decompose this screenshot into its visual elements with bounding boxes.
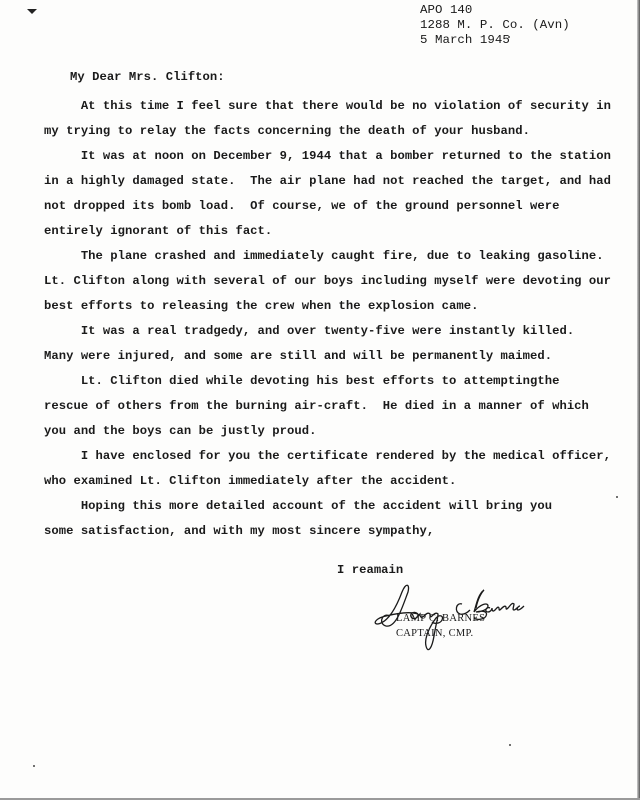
- body-line: At this time I feel sure that there woul…: [44, 99, 611, 113]
- closing: I reamain: [337, 563, 403, 577]
- body-line: in a highly damaged state. The air plane…: [44, 174, 611, 188]
- body-line: entirely ignorant of this fact.: [44, 224, 272, 238]
- body-line: who examined Lt. Clifton immediately aft…: [44, 474, 456, 488]
- scan-mark: [27, 9, 37, 14]
- body-line: It was at noon on December 9, 1944 that …: [44, 149, 611, 163]
- body-line: rescue of others from the burning air-cr…: [44, 399, 589, 413]
- signer-name: LAMP C. BARNES: [396, 612, 485, 626]
- body-line: Lt. Clifton along with several of our bo…: [44, 274, 611, 288]
- letter-page: APO 140 1288 M. P. Co. (Avn) 5 March 194…: [0, 0, 640, 800]
- body-line: The plane crashed and immediately caught…: [44, 249, 604, 263]
- body-line: not dropped its bomb load. Of course, we…: [44, 199, 559, 213]
- body-line: you and the boys can be justly proud.: [44, 424, 316, 438]
- body-line: Lt. Clifton died while devoting his best…: [44, 374, 559, 388]
- body-line: Hoping this more detailed account of the…: [44, 499, 552, 513]
- scan-speck: [33, 765, 35, 767]
- scan-speck: [616, 496, 618, 498]
- body-line: best efforts to releasing the crew when …: [44, 299, 478, 313]
- body-line: my trying to relay the facts concerning …: [44, 124, 530, 138]
- salutation: My Dear Mrs. Clifton:: [70, 70, 225, 84]
- scan-speck: [509, 744, 511, 746]
- header-apo: APO 140: [420, 3, 472, 17]
- signer-title: CAPTAIN, CMP.: [396, 627, 473, 641]
- body-line: some satisfaction, and with my most sinc…: [44, 524, 434, 538]
- body-line: Many were injured, and some are still an…: [44, 349, 552, 363]
- body-line: I have enclosed for you the certificate …: [44, 449, 611, 463]
- header-date: 5 March 1945: [420, 33, 510, 47]
- header-unit: 1288 M. P. Co. (Avn): [420, 18, 570, 32]
- body-line: It was a real tradgedy, and over twenty-…: [44, 324, 574, 338]
